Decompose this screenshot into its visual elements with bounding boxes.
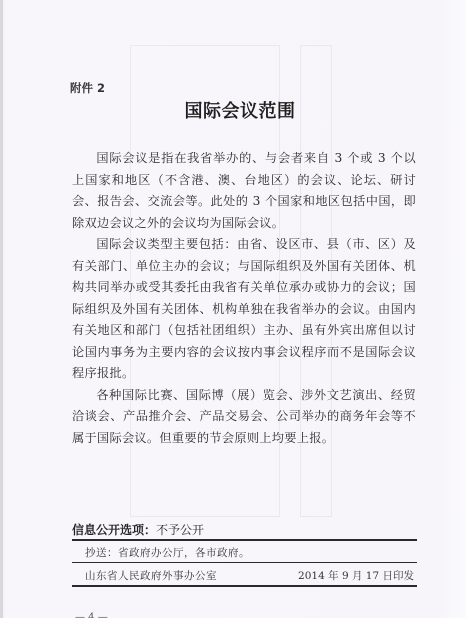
- divider-line: [72, 562, 417, 563]
- issuing-office: 山东省人民政府外事办公室: [85, 568, 217, 583]
- document-title: 国际会议范围: [0, 97, 466, 123]
- divider-line: [72, 539, 417, 541]
- page-number: — 4 —: [75, 612, 108, 618]
- disclosure-value: 不予公开: [156, 523, 204, 537]
- paragraph-types: 国际会议类型主要包括：由省、设区市、县（市、区）及有关部门、单位主办的会议；与国…: [72, 234, 416, 385]
- paragraph-definition: 国际会议是指在我省举办的、与会者来自 3 个或 3 个以上国家和地区（不含港、澳…: [72, 148, 416, 234]
- attachment-label: 附件 2: [70, 80, 105, 96]
- page-edge: [0, 0, 3, 618]
- cc-recipients: 抄送：省政府办公厅，各市政府。: [85, 545, 250, 560]
- issue-date: 2014 年 9 月 17 日印发: [298, 568, 414, 583]
- disclosure-label: 信息公开选项：: [72, 523, 156, 537]
- document-body: 国际会议是指在我省举办的、与会者来自 3 个或 3 个以上国家和地区（不含港、澳…: [72, 148, 416, 449]
- paragraph-exclusions: 各种国际比赛、国际博（展）览会、涉外文艺演出、经贸洽谈会、产品推介会、产品交易会…: [72, 385, 416, 450]
- disclosure-option: 信息公开选项：不予公开: [72, 521, 204, 538]
- divider-line: [72, 585, 417, 587]
- document-page: 附件 2 国际会议范围 国际会议是指在我省举办的、与会者来自 3 个或 3 个以…: [0, 0, 466, 618]
